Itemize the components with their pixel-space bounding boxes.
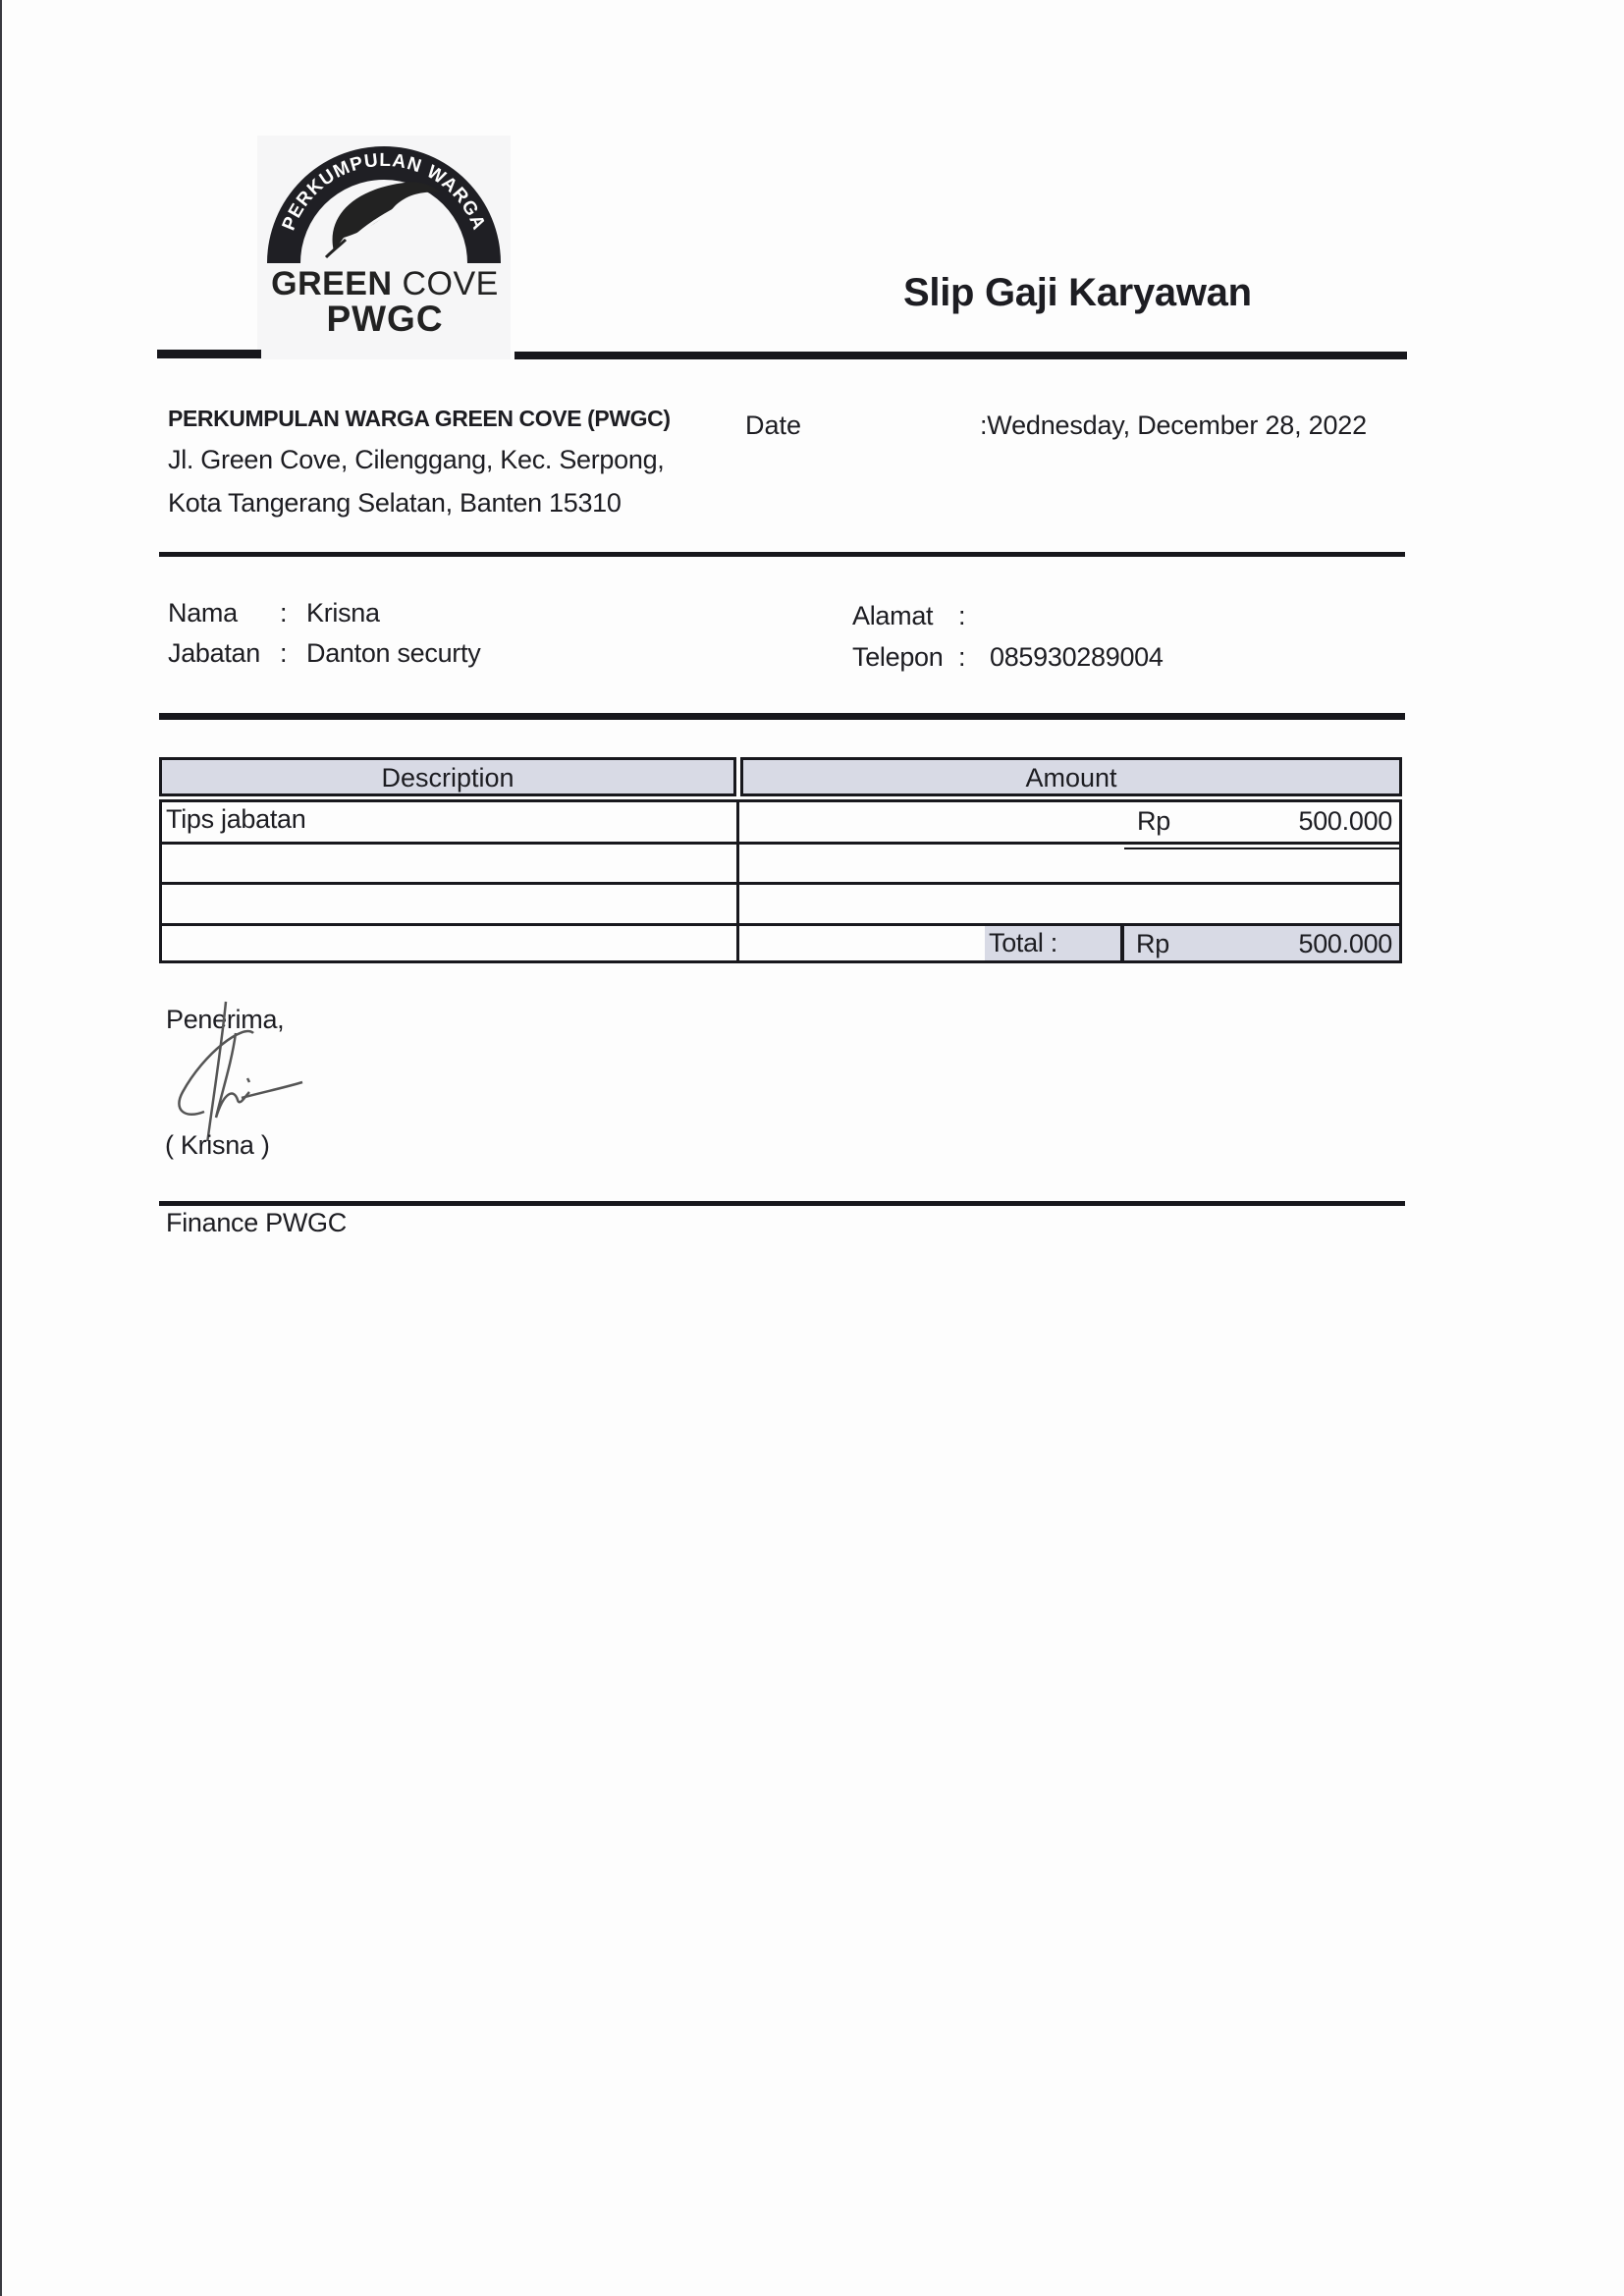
logo-short-name: PWGC xyxy=(267,301,503,337)
table-line xyxy=(159,842,1402,845)
table-line xyxy=(159,882,1402,885)
total-label: Total : xyxy=(989,928,1057,958)
organization-name: PERKUMPULAN WARGA GREEN COVE (PWGC) xyxy=(168,406,671,432)
table-header-amount: Amount xyxy=(740,757,1402,796)
logo-arc-icon: PERKUMPULAN WARGA xyxy=(257,136,511,273)
employee-position-separator: : xyxy=(280,638,287,669)
employee-name-separator: : xyxy=(280,598,287,629)
date-value: :Wednesday, December 28, 2022 xyxy=(980,410,1367,441)
employee-position-label: Jabatan xyxy=(168,638,260,669)
employee-name-value: Krisna xyxy=(306,598,380,629)
organization-address-line1: Jl. Green Cove, Cilenggang, Kec. Serpong… xyxy=(168,445,665,475)
row-amount: 500.000 xyxy=(1299,806,1393,837)
row-currency: Rp xyxy=(1137,806,1170,837)
date-label: Date xyxy=(745,410,801,441)
salary-table: Description Amount Tips jabatan Rp 500.0… xyxy=(159,757,1402,963)
table-line xyxy=(159,799,1402,802)
signature-name: ( Krisna ) xyxy=(165,1130,270,1161)
table-line xyxy=(159,923,1402,926)
header-rule-left xyxy=(157,350,261,358)
total-currency: Rp xyxy=(1136,929,1169,959)
page-title: Slip Gaji Karyawan xyxy=(903,271,1252,315)
page-edge xyxy=(0,0,2,2296)
employee-address-label: Alamat xyxy=(852,601,933,631)
employee-phone-separator: : xyxy=(958,642,965,673)
table-header-description: Description xyxy=(159,757,736,796)
footer-rule xyxy=(159,1201,1405,1206)
employee-name-label: Nama xyxy=(168,598,238,629)
employee-address-separator: : xyxy=(958,601,965,631)
employee-phone-value: 085930289004 xyxy=(990,642,1164,673)
total-amount: 500.000 xyxy=(1299,929,1393,959)
table-line xyxy=(159,800,162,963)
signature-icon xyxy=(165,994,312,1141)
footer-label: Finance PWGC xyxy=(166,1208,347,1238)
section-rule-2 xyxy=(159,713,1405,720)
header-rule-right xyxy=(514,352,1407,359)
leaf-icon xyxy=(326,182,440,257)
table-line xyxy=(736,800,739,963)
employee-position-value: Danton securty xyxy=(306,638,480,669)
row-description: Tips jabatan xyxy=(166,804,306,835)
table-line xyxy=(1399,800,1402,963)
logo-name: GREEN COVE xyxy=(267,267,503,301)
table-line xyxy=(1120,924,1124,963)
section-rule-1 xyxy=(159,552,1405,557)
organization-logo: PERKUMPULAN WARGA GREEN COVE PWGC xyxy=(257,136,511,359)
employee-phone-label: Telepon xyxy=(852,642,943,673)
table-line xyxy=(159,960,1402,963)
organization-address-line2: Kota Tangerang Selatan, Banten 15310 xyxy=(168,488,622,519)
amount-underline xyxy=(1124,847,1402,849)
